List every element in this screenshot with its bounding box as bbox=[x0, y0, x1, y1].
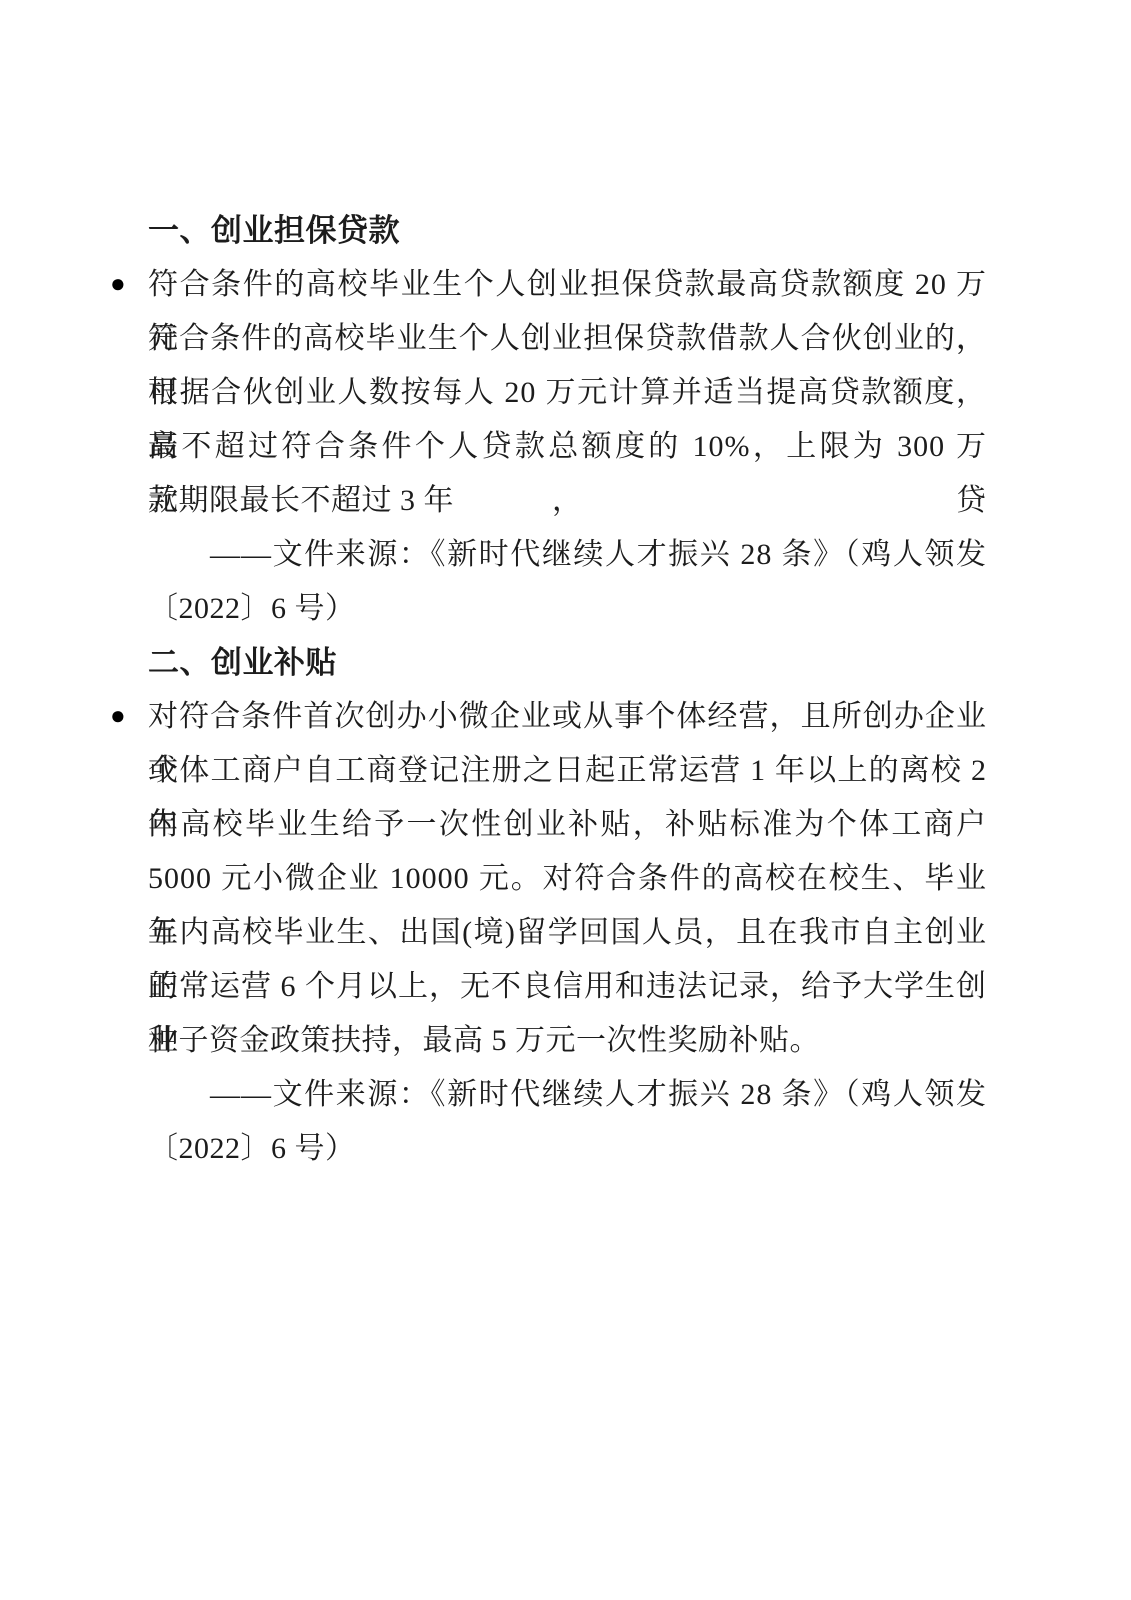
paragraph-line: 符合条件的高校毕业生个人创业担保贷款最高贷款额度 20 万元， bbox=[148, 258, 987, 312]
section-1-bullet-paragraph: ● 符合条件的高校毕业生个人创业担保贷款最高贷款额度 20 万元， 符合条件的高… bbox=[148, 258, 987, 528]
paragraph-line: 年内高校毕业生、出国(境)留学回国人员，且在我市自主创业的 bbox=[148, 906, 987, 960]
section-2-source-citation-line-2: 〔2022〕6 号） bbox=[148, 1122, 987, 1176]
bullet-icon: ● bbox=[110, 258, 140, 312]
section-1-heading: 一、创业担保贷款 bbox=[148, 204, 987, 258]
paragraph-line: 5000 元小微企业 10000 元。对符合条件的高校在校生、毕业五 bbox=[148, 852, 987, 906]
section-1-source-citation-line-2: 〔2022〕6 号） bbox=[148, 582, 987, 636]
paragraph-line: 正常运营 6 个月以上，无不良信用和违法记录，给予大学生创业 bbox=[148, 960, 987, 1014]
section-2-source-citation-line-1: ——文件来源：《新时代继续人才振兴 28 条》（鸡人领发 bbox=[148, 1068, 987, 1122]
document-content: 一、创业担保贷款 ● 符合条件的高校毕业生个人创业担保贷款最高贷款额度 20 万… bbox=[148, 204, 987, 1176]
paragraph-line: 根据合伙创业人数按每人 20 万元计算并适当提高贷款额度，最 bbox=[148, 366, 987, 420]
paragraph-line: 种子资金政策扶持，最高 5 万元一次性奖励补贴。 bbox=[148, 1014, 987, 1068]
section-2-heading: 二、创业补贴 bbox=[148, 636, 987, 690]
paragraph-line: 个体工商户自工商登记注册之日起正常运营 1 年以上的离校 2 年 bbox=[148, 744, 987, 798]
document-page: 一、创业担保贷款 ● 符合条件的高校毕业生个人创业担保贷款最高贷款额度 20 万… bbox=[0, 0, 1131, 1600]
section-2-bullet-paragraph: ● 对符合条件首次创办小微企业或从事个体经营，且所创办企业或 个体工商户自工商登… bbox=[148, 690, 987, 1068]
bullet-icon: ● bbox=[110, 690, 140, 744]
paragraph-line: 符合条件的高校毕业生个人创业担保贷款借款人合伙创业的，可 bbox=[148, 312, 987, 366]
paragraph-line: 对符合条件首次创办小微企业或从事个体经营，且所创办企业或 bbox=[148, 690, 987, 744]
paragraph-line: 内高校毕业生给予一次性创业补贴，补贴标准为个体工商户 bbox=[148, 798, 987, 852]
paragraph-line: 高不超过符合条件个人贷款总额度的 10%，上限为 300 万元，贷 bbox=[148, 420, 987, 474]
section-1-source-citation-line-1: ——文件来源：《新时代继续人才振兴 28 条》（鸡人领发 bbox=[148, 528, 987, 582]
